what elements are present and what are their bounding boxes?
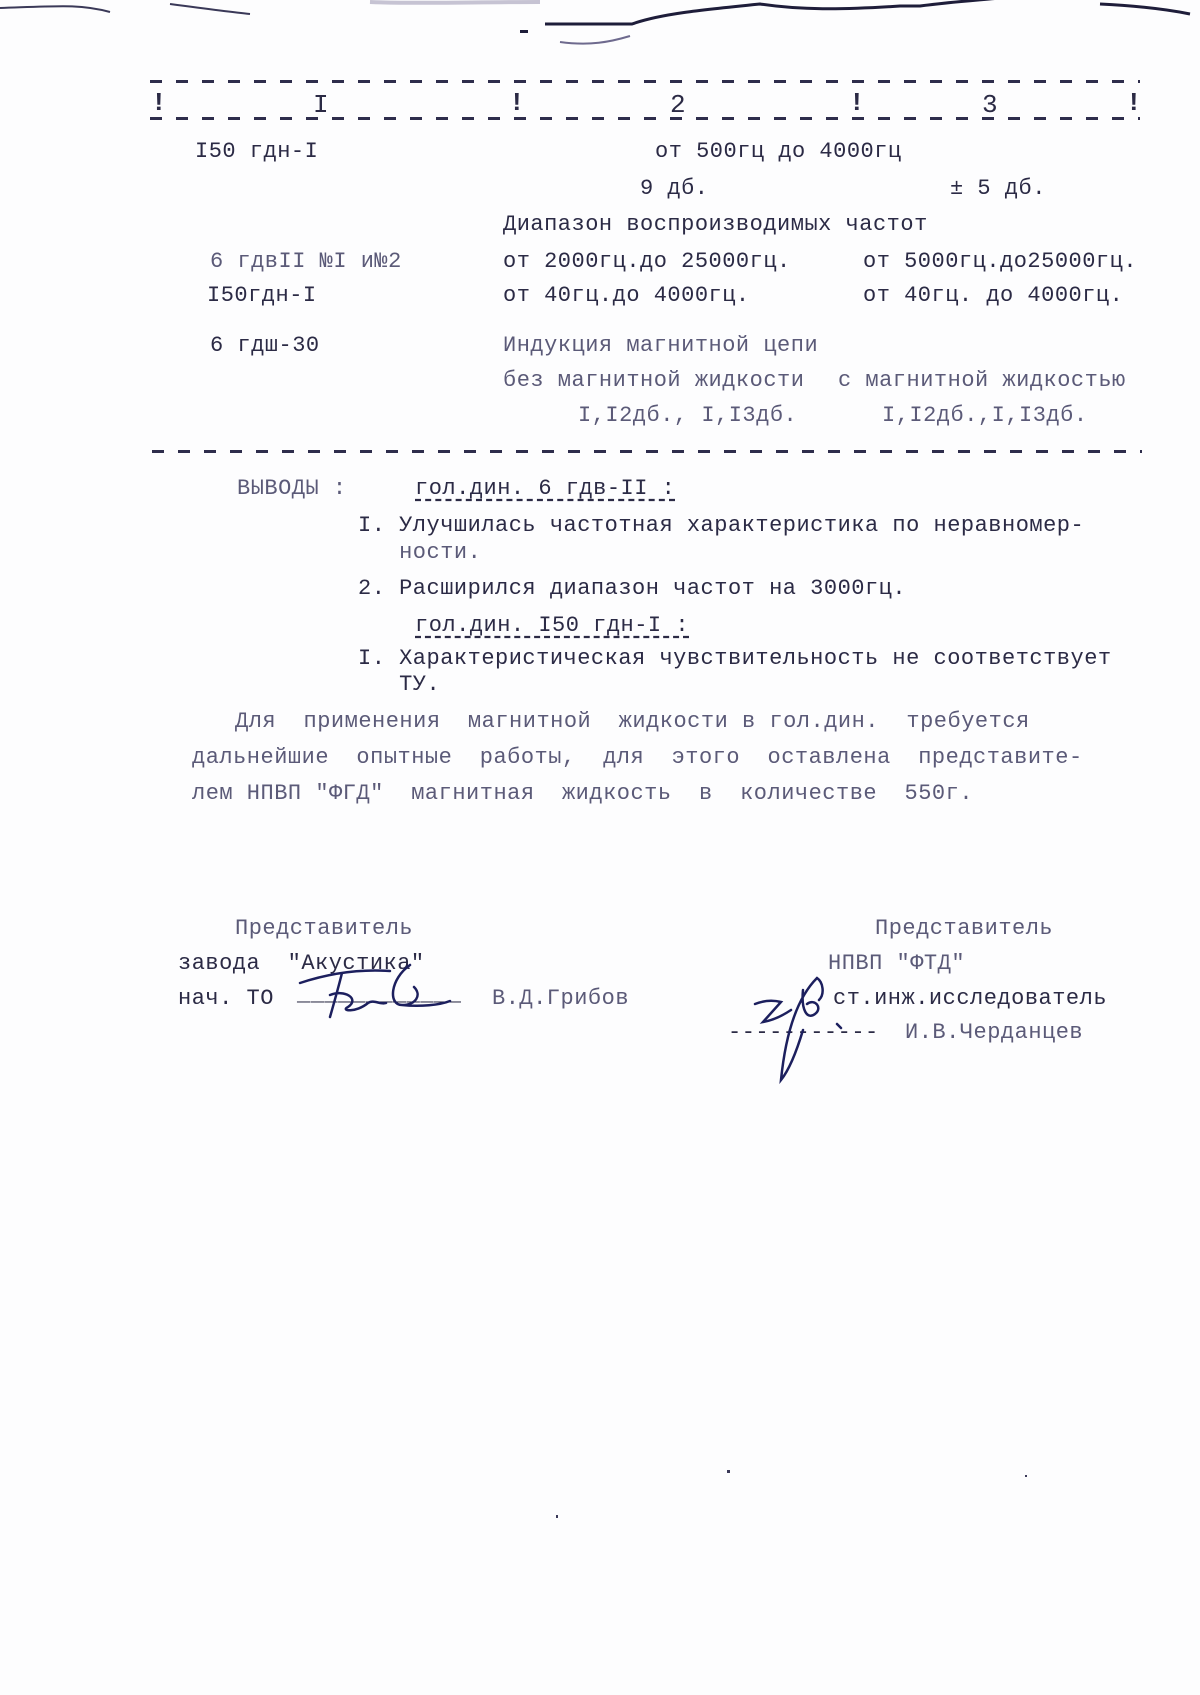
conclusion-item: ТУ.: [358, 674, 440, 696]
row2-col2-value: от 2000гц.до 25000гц.: [503, 251, 791, 273]
row1-range: от 500гц до 4000гц: [655, 141, 902, 163]
row4-col2-heading: без магнитной жидкости: [503, 370, 804, 392]
row1-col2-value: 9 дб.: [640, 178, 709, 200]
left-signatory-position: нач. ТО: [178, 988, 274, 1010]
row4-col3-value: I,I2дб.,I,I3дб.: [882, 405, 1088, 427]
left-signatory-title: Представитель: [235, 918, 413, 940]
frequency-range-title: Диапазон воспроизводимых частот: [503, 214, 928, 236]
conclusion-item: 2. Расширился диапазон частот на 3000гц.: [358, 578, 906, 600]
row1-model: I50 гдн-I: [195, 141, 318, 163]
paragraph-line: лем НПВП "ФГД" магнитная жидкость в коли…: [192, 783, 973, 805]
column-separator: !: [1126, 88, 1142, 118]
row3-col2-value: от 40гц.до 4000гц.: [503, 285, 750, 307]
scan-speck: [727, 1470, 730, 1473]
column-header-2: 2: [670, 92, 686, 118]
row3-model: I50гдн-I: [207, 285, 317, 307]
torn-edge-decoration: [0, 0, 1200, 70]
conclusion-item: ности.: [358, 542, 481, 564]
scan-speck: [556, 1515, 558, 1518]
right-handwritten-signature: [745, 970, 855, 1090]
conclusions-label: ВЫВОДЫ :: [237, 478, 347, 500]
paragraph-line: Для применения магнитной жидкости в гол.…: [235, 711, 1030, 733]
paragraph-line: дальнейшие опытные работы, для этого ост…: [192, 747, 1083, 769]
left-handwritten-signature: [290, 955, 470, 1025]
conclusions-group2-title: гол.дин. I50 гдн-I :: [415, 615, 689, 637]
row2-col3-value: от 5000гц.до25000гц.: [863, 251, 1137, 273]
column-separator: !: [509, 88, 525, 118]
conclusion-item: I. Характеристическая чувствительность н…: [358, 648, 1112, 670]
scan-speck: [1025, 1475, 1027, 1477]
right-signatory-name: И.В.Черданцев: [905, 1022, 1083, 1044]
conclusions-group1-title: гол.дин. 6 гдв-II :: [415, 478, 675, 500]
row4-model: 6 гдш-30: [210, 335, 320, 357]
conclusion-item: I. Улучшилась частотная характеристика п…: [358, 515, 1084, 537]
column-separator: !: [849, 88, 865, 118]
induction-title: Индукция магнитной цепи: [503, 335, 818, 357]
table-bottom-rule: [152, 450, 1142, 453]
right-signatory-title: Представитель: [875, 918, 1053, 940]
table-top-rule: [150, 80, 1140, 83]
document-page: ! I ! 2 ! 3 ! I50 гдн-I от 500гц до 4000…: [0, 0, 1200, 1695]
right-signatory-position: ст.инж.исследователь: [833, 988, 1107, 1010]
row1-col3-value: ± 5 дб.: [950, 178, 1046, 200]
row3-col3-value: от 40гц. до 4000гц.: [863, 285, 1123, 307]
column-separator: !: [151, 88, 167, 118]
left-signatory-name: В.Д.Грибов: [492, 988, 629, 1010]
row2-model: 6 гдвII №I и№2: [210, 251, 402, 273]
column-header-1: I: [313, 92, 329, 118]
table-header-rule: [150, 117, 1140, 120]
row4-col3-heading: с магнитной жидкостью: [838, 370, 1126, 392]
column-header-3: 3: [982, 92, 998, 118]
row4-col2-value: I,I2дб., I,I3дб.: [578, 405, 797, 427]
